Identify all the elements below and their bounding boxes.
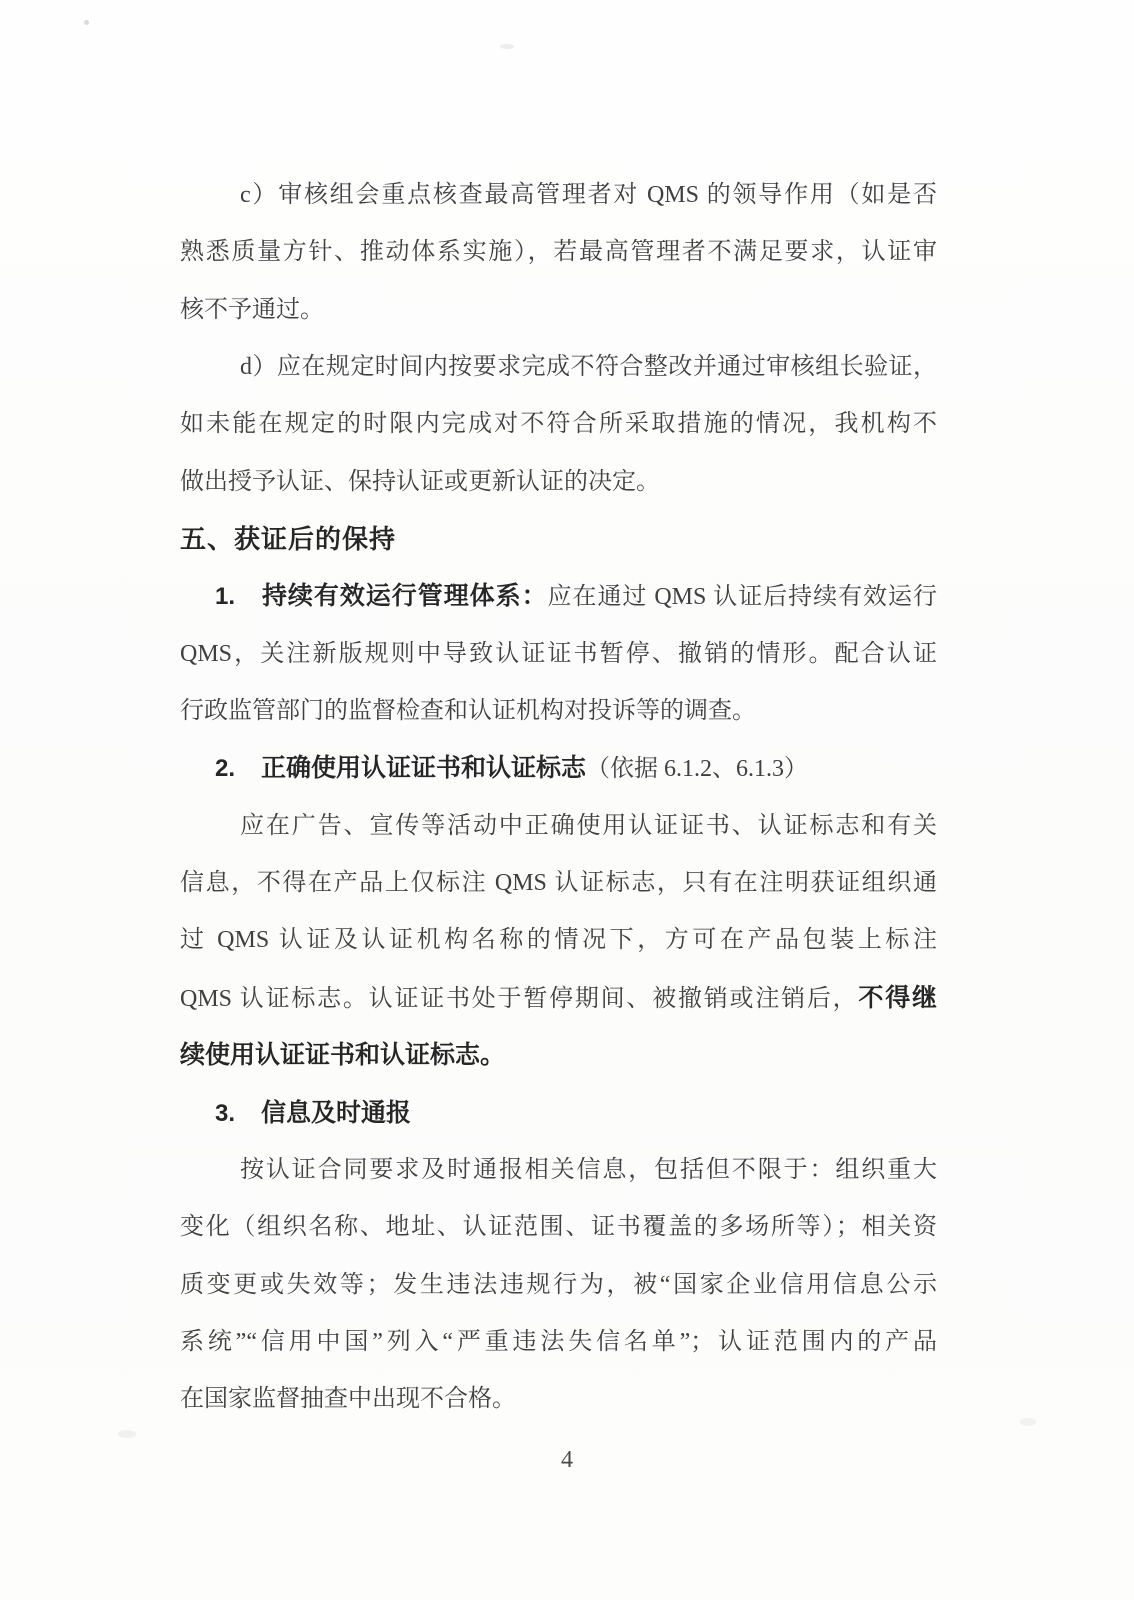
list-item-2-line: 过 QMS 认证及认证机构名称的情况下，方可在产品包装上标注 bbox=[180, 912, 937, 969]
paragraph-c-line: 核不予通过。 bbox=[180, 282, 937, 339]
body-text: 做出授予认证、保持认证或更新认证的决定。 bbox=[180, 469, 660, 495]
list-item-3-line: 质变更或失效等；发生违法违规行为，被“国家企业信用信息公示 bbox=[180, 1257, 937, 1314]
body-text: （依据 6.1.2、6.1.3） bbox=[586, 756, 808, 782]
scan-speck bbox=[118, 1430, 136, 1438]
list-item-2-line: 2.正确使用认证证书和认证标志（依据 6.1.2、6.1.3） bbox=[180, 740, 937, 797]
body-text: 在国家监督抽查中出现不合格。 bbox=[180, 1386, 516, 1412]
paragraph-c-line: 熟悉质量方针、推动体系实施），若最高管理者不满足要求，认证审 bbox=[180, 224, 937, 281]
list-item-3-line: 在国家监督抽查中出现不合格。 bbox=[180, 1371, 937, 1428]
list-item-2-line: QMS 认证标志。认证证书处于暂停期间、被撤销或注销后，不得继 bbox=[180, 970, 937, 1027]
body-text: 行政监管部门的监督检查和认证机构对投诉等的调查。 bbox=[180, 698, 756, 724]
body-text: d）应在规定时间内按要求完成不符合整改并通过审核组长验证， bbox=[240, 354, 937, 380]
paragraph-d-line: 做出授予认证、保持认证或更新认证的决定。 bbox=[180, 454, 937, 511]
body-text: 系统”“信用中国”列入“严重违法失信名单”；认证范围内的产品 bbox=[180, 1329, 937, 1355]
emphasized-text: 不得继 bbox=[858, 985, 937, 1012]
scanned-document-page: c）审核组会重点核查最高管理者对 QMS 的领导作用（如是否 熟悉质量方针、推动… bbox=[0, 0, 1134, 1600]
list-item-3-line: 3.信息及时通报 bbox=[180, 1085, 937, 1142]
list-item-2-line: 信息，不得在产品上仅标注 QMS 认证标志，只有在注明获证组织通 bbox=[180, 855, 937, 912]
section-heading-text: 五、获证后的保持 bbox=[180, 525, 396, 554]
list-number: 1. bbox=[215, 583, 235, 610]
paragraph-d-line: d）应在规定时间内按要求完成不符合整改并通过审核组长验证， bbox=[180, 339, 937, 396]
list-item-2-line: 续使用认证证书和认证标志。 bbox=[180, 1027, 937, 1084]
list-item-1-line: QMS，关注新版规则中导致认证证书暂停、撤销的情形。配合认证 bbox=[180, 626, 937, 683]
body-text: 如未能在规定的时限内完成对不符合所采取措施的情况，我机构不 bbox=[180, 411, 937, 437]
body-text: c）审核组会重点核查最高管理者对 QMS 的领导作用（如是否 bbox=[240, 182, 937, 208]
body-text: 信息，不得在产品上仅标注 QMS 认证标志，只有在注明获证组织通 bbox=[180, 870, 937, 896]
body-text: 按认证合同要求及时通报相关信息，包括但不限于：组织重大 bbox=[240, 1157, 937, 1183]
list-item-2-line: 应在广告、宣传等活动中正确使用认证证书、认证标志和有关 bbox=[180, 798, 937, 855]
scan-speck bbox=[1020, 1418, 1036, 1426]
list-item-title: 信息及时通报 bbox=[261, 1100, 411, 1127]
section-heading: 五、获证后的保持 bbox=[180, 511, 937, 568]
body-text: 质变更或失效等；发生违法违规行为，被“国家企业信用信息公示 bbox=[180, 1272, 937, 1298]
body-text: QMS 认证标志。认证证书处于暂停期间、被撤销或注销后， bbox=[180, 986, 858, 1012]
body-text: 过 QMS 认证及认证机构名称的情况下，方可在产品包装上标注 bbox=[180, 927, 937, 953]
paragraph-c-line: c）审核组会重点核查最高管理者对 QMS 的领导作用（如是否 bbox=[180, 167, 937, 224]
body-text: 应在通过 QMS 认证后持续有效运行 bbox=[548, 584, 937, 610]
list-item-1-line: 行政监管部门的监督检查和认证机构对投诉等的调查。 bbox=[180, 683, 937, 740]
body-text: QMS，关注新版规则中导致认证证书暂停、撤销的情形。配合认证 bbox=[180, 641, 937, 667]
list-item-3-line: 按认证合同要求及时通报相关信息，包括但不限于：组织重大 bbox=[180, 1142, 937, 1199]
list-item-1-line: 1.持续有效运行管理体系：应在通过 QMS 认证后持续有效运行 bbox=[180, 568, 937, 625]
scan-speck bbox=[84, 20, 89, 25]
page-number: 4 bbox=[0, 1440, 1134, 1480]
list-item-3-line: 系统”“信用中国”列入“严重违法失信名单”；认证范围内的产品 bbox=[180, 1314, 937, 1371]
document-body: c）审核组会重点核查最高管理者对 QMS 的领导作用（如是否 熟悉质量方针、推动… bbox=[180, 167, 937, 1429]
list-number: 3. bbox=[215, 1100, 235, 1127]
body-text: 核不予通过。 bbox=[180, 297, 324, 323]
list-item-3-line: 变化（组织名称、地址、认证范围、证书覆盖的多场所等）；相关资 bbox=[180, 1199, 937, 1256]
body-text: 应在广告、宣传等活动中正确使用认证证书、认证标志和有关 bbox=[240, 813, 937, 839]
paragraph-d-line: 如未能在规定的时限内完成对不符合所采取措施的情况，我机构不 bbox=[180, 396, 937, 453]
list-number: 2. bbox=[215, 755, 235, 782]
scan-speck bbox=[500, 44, 514, 49]
body-text: 变化（组织名称、地址、认证范围、证书覆盖的多场所等）；相关资 bbox=[180, 1214, 937, 1240]
list-item-title: 正确使用认证证书和认证标志 bbox=[261, 755, 586, 782]
list-item-title: 持续有效运行管理体系： bbox=[261, 583, 548, 610]
emphasized-text: 续使用认证证书和认证标志。 bbox=[180, 1042, 505, 1069]
body-text: 熟悉质量方针、推动体系实施），若最高管理者不满足要求，认证审 bbox=[180, 239, 937, 265]
